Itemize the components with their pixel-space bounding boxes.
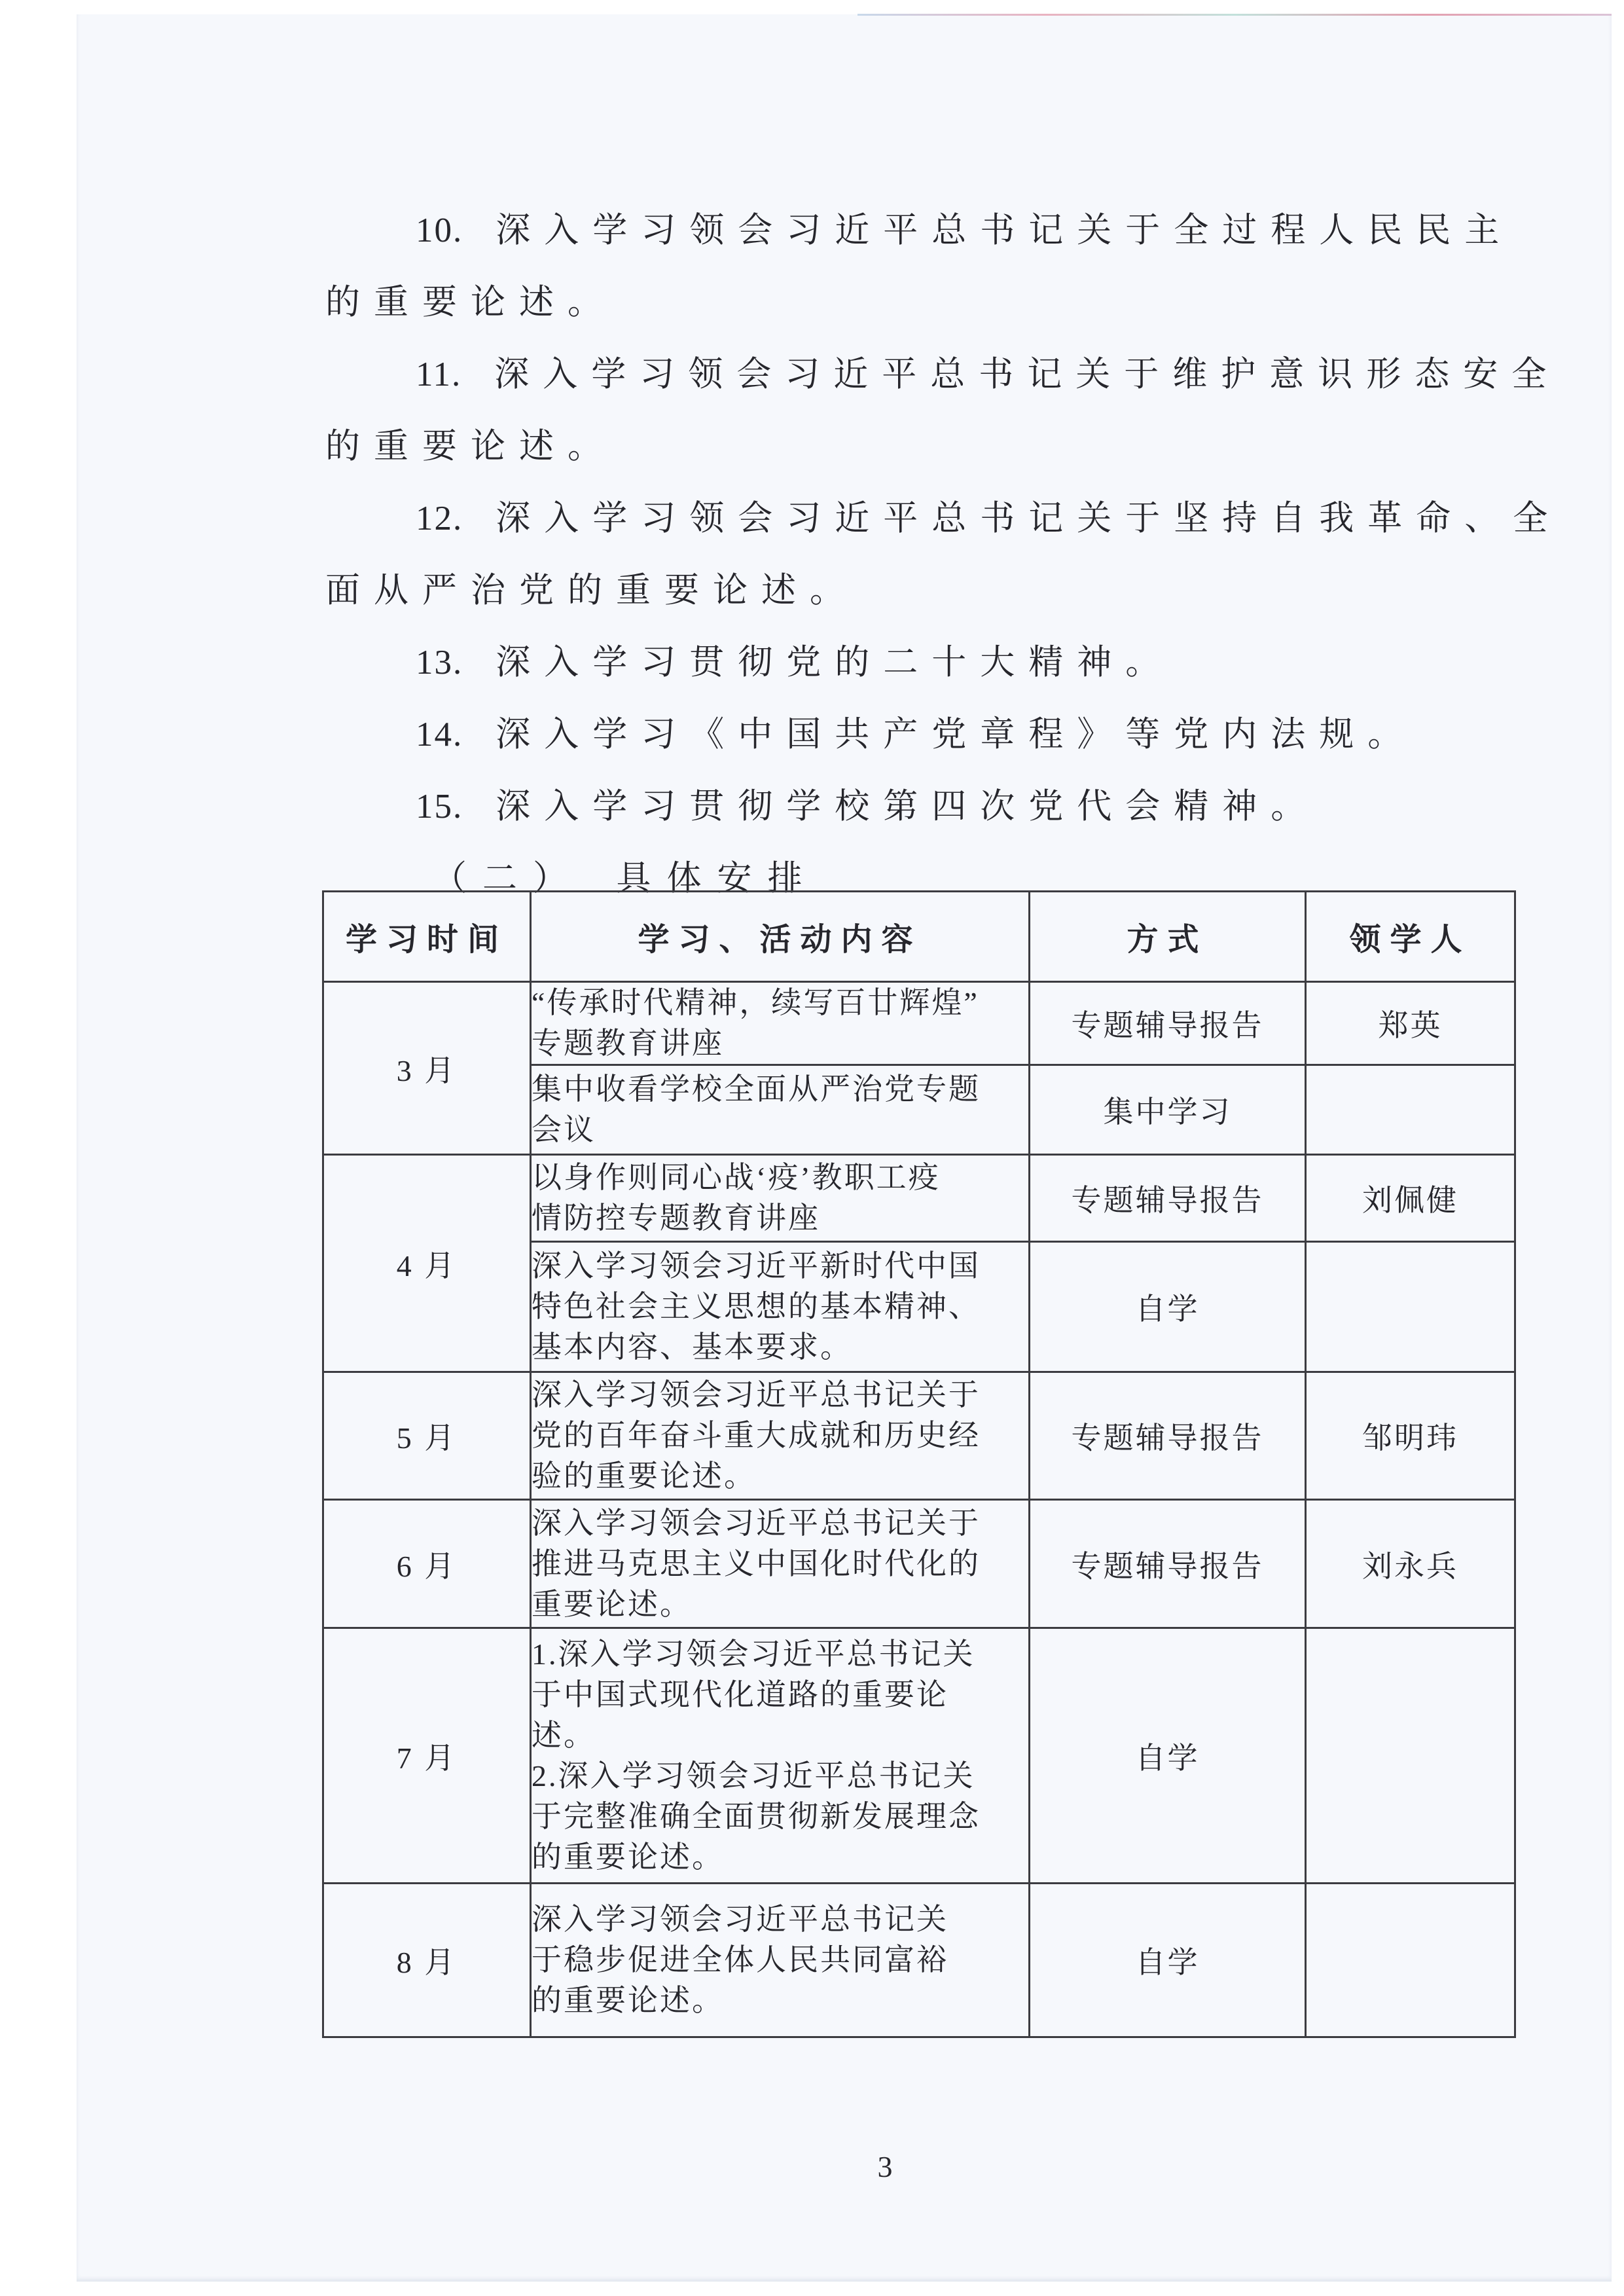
activity-line: 集中收看学校全面从严治党专题 bbox=[532, 1069, 1028, 1110]
method-cell: 自学 bbox=[1030, 1242, 1306, 1372]
method-cell: 集中学习 bbox=[1030, 1065, 1306, 1155]
leader-cell: 刘佩健 bbox=[1306, 1155, 1515, 1242]
activity-line: 于稳步促进全体人民共同富裕 bbox=[532, 1940, 1028, 1980]
month-cell: 8 月 bbox=[323, 1884, 531, 2037]
list-item-number: 13. bbox=[416, 627, 463, 699]
activity-line: 2.深入学习领会习近平总书记关 bbox=[532, 1756, 1028, 1796]
list-item-text: 深入学习领会习近平总书记关于全过程人民民主 bbox=[496, 211, 1513, 249]
leader-cell bbox=[1306, 1242, 1515, 1372]
col-header-leader: 领学人 bbox=[1306, 892, 1515, 982]
method-cell: 专题辅导报告 bbox=[1030, 1372, 1306, 1500]
list-item-text: 深入学习领会习近平总书记关于坚持自我革命、全 bbox=[496, 500, 1561, 538]
leader-cell bbox=[1306, 1065, 1515, 1155]
activity-line: 验的重要论述。 bbox=[532, 1456, 1028, 1497]
method-cell: 自学 bbox=[1030, 1884, 1306, 2037]
list-item-text: 深入学习《中国共产党章程》等党内法规。 bbox=[496, 716, 1416, 754]
method-cell: 自学 bbox=[1030, 1628, 1306, 1884]
schedule-table: 学习时间 学习、活动内容 方式 领学人 3 月 “传承时代精神，续写百廿辉煌” … bbox=[322, 890, 1516, 2038]
list-item-15-line-1: 15.深入学习贯彻学校第四次党代会精神。 bbox=[325, 771, 1514, 843]
activity-cell: 深入学习领会习近平新时代中国 特色社会主义思想的基本精神、 基本内容、基本要求。 bbox=[531, 1242, 1030, 1372]
leader-cell: 郑英 bbox=[1306, 982, 1515, 1065]
activity-line: “传承时代精神，续写百廿辉煌” bbox=[532, 983, 1028, 1023]
activity-line: 以身作则同心战‘疫’教职工疫 bbox=[532, 1157, 1028, 1198]
col-header-method: 方式 bbox=[1030, 892, 1306, 982]
method-cell: 专题辅导报告 bbox=[1030, 982, 1306, 1065]
list-item-number: 11. bbox=[416, 338, 461, 410]
activity-line: 党的百年奋斗重大成就和历史经 bbox=[532, 1415, 1028, 1456]
table-row: 4 月 以身作则同心战‘疫’教职工疫 情防控专题教育讲座 专题辅导报告 刘佩健 bbox=[323, 1155, 1515, 1242]
activity-line: 情防控专题教育讲座 bbox=[532, 1198, 1028, 1239]
list-item-number: 10. bbox=[416, 194, 463, 266]
table-header-row: 学习时间 学习、活动内容 方式 领学人 bbox=[323, 892, 1515, 982]
activity-line: 专题教育讲座 bbox=[532, 1023, 1028, 1064]
scanned-document-page: 10.深入学习领会习近平总书记关于全过程人民民主 的重要论述。 11.深入学习领… bbox=[0, 0, 1624, 2296]
list-item-11-line-1: 11.深入学习领会习近平总书记关于维护意识形态安全 bbox=[325, 338, 1514, 410]
activity-line: 述。 bbox=[532, 1715, 1028, 1756]
month-cell: 6 月 bbox=[323, 1500, 531, 1628]
list-item-13-line-1: 13.深入学习贯彻党的二十大精神。 bbox=[325, 627, 1514, 699]
activity-line: 1.深入学习领会习近平总书记关 bbox=[532, 1634, 1028, 1675]
list-item-12-line-2: 面从严治党的重要论述。 bbox=[325, 555, 1514, 627]
list-item-text: 深入学习领会习近平总书记关于维护意识形态安全 bbox=[494, 355, 1560, 393]
list-item-number: 15. bbox=[416, 771, 463, 843]
list-item-11-line-2: 的重要论述。 bbox=[325, 410, 1514, 483]
table-row: 5 月 深入学习领会习近平总书记关于 党的百年奋斗重大成就和历史经 验的重要论述… bbox=[323, 1372, 1515, 1500]
table-row: 8 月 深入学习领会习近平总书记关 于稳步促进全体人民共同富裕 的重要论述。 自… bbox=[323, 1884, 1515, 2037]
leader-cell bbox=[1306, 1884, 1515, 2037]
page-number: 3 bbox=[859, 2149, 911, 2184]
activity-cell: 1.深入学习领会习近平总书记关 于中国式现代化道路的重要论 述。 2.深入学习领… bbox=[531, 1628, 1030, 1884]
leader-cell: 邹明玮 bbox=[1306, 1372, 1515, 1500]
activity-line: 的重要论述。 bbox=[532, 1837, 1028, 1878]
method-cell: 专题辅导报告 bbox=[1030, 1500, 1306, 1628]
list-item-10-line-2: 的重要论述。 bbox=[325, 266, 1514, 338]
list-item-10-line-1: 10.深入学习领会习近平总书记关于全过程人民民主 bbox=[325, 194, 1514, 266]
leader-cell: 刘永兵 bbox=[1306, 1500, 1515, 1628]
activity-cell: 集中收看学校全面从严治党专题 会议 bbox=[531, 1065, 1030, 1155]
list-item-14-line-1: 14.深入学习《中国共产党章程》等党内法规。 bbox=[325, 699, 1514, 771]
month-cell: 5 月 bbox=[323, 1372, 531, 1500]
table-row: 3 月 “传承时代精神，续写百廿辉煌” 专题教育讲座 专题辅导报告 郑英 bbox=[323, 982, 1515, 1065]
activity-cell: “传承时代精神，续写百廿辉煌” 专题教育讲座 bbox=[531, 982, 1030, 1065]
col-header-study-time: 学习时间 bbox=[323, 892, 531, 982]
activity-cell: 深入学习领会习近平总书记关于 推进马克思主义中国化时代化的 重要论述。 bbox=[531, 1500, 1030, 1628]
list-item-number: 12. bbox=[416, 483, 463, 555]
intro-list: 10.深入学习领会习近平总书记关于全过程人民民主 的重要论述。 11.深入学习领… bbox=[325, 194, 1514, 915]
activity-line: 深入学习领会习近平总书记关于 bbox=[532, 1375, 1028, 1415]
activity-line: 重要论述。 bbox=[532, 1584, 1028, 1625]
col-header-activity: 学习、活动内容 bbox=[531, 892, 1030, 982]
activity-line: 推进马克思主义中国化时代化的 bbox=[532, 1544, 1028, 1584]
activity-line: 深入学习领会习近平总书记关于 bbox=[532, 1503, 1028, 1544]
activity-line: 基本内容、基本要求。 bbox=[532, 1327, 1028, 1368]
month-cell: 4 月 bbox=[323, 1155, 531, 1372]
activity-line: 会议 bbox=[532, 1110, 1028, 1150]
method-cell: 专题辅导报告 bbox=[1030, 1155, 1306, 1242]
month-cell: 7 月 bbox=[323, 1628, 531, 1884]
list-item-text: 深入学习贯彻党的二十大精神。 bbox=[496, 644, 1174, 682]
activity-line: 的重要论述。 bbox=[532, 1980, 1028, 2021]
scan-edge-artifact bbox=[857, 14, 1612, 16]
activity-cell: 深入学习领会习近平总书记关 于稳步促进全体人民共同富裕 的重要论述。 bbox=[531, 1884, 1030, 2037]
leader-cell bbox=[1306, 1628, 1515, 1884]
activity-cell: 以身作则同心战‘疫’教职工疫 情防控专题教育讲座 bbox=[531, 1155, 1030, 1242]
activity-line: 于中国式现代化道路的重要论 bbox=[532, 1675, 1028, 1715]
activity-line: 于完整准确全面贯彻新发展理念 bbox=[532, 1796, 1028, 1837]
table-row: 7 月 1.深入学习领会习近平总书记关 于中国式现代化道路的重要论 述。 2.深… bbox=[323, 1628, 1515, 1884]
activity-line: 深入学习领会习近平新时代中国 bbox=[532, 1246, 1028, 1286]
activity-line: 深入学习领会习近平总书记关 bbox=[532, 1899, 1028, 1940]
month-cell: 3 月 bbox=[323, 982, 531, 1155]
activity-cell: 深入学习领会习近平总书记关于 党的百年奋斗重大成就和历史经 验的重要论述。 bbox=[531, 1372, 1030, 1500]
activity-line: 特色社会主义思想的基本精神、 bbox=[532, 1286, 1028, 1327]
list-item-number: 14. bbox=[416, 699, 463, 771]
table-row: 6 月 深入学习领会习近平总书记关于 推进马克思主义中国化时代化的 重要论述。 … bbox=[323, 1500, 1515, 1628]
list-item-text: 深入学习贯彻学校第四次党代会精神。 bbox=[496, 788, 1319, 826]
list-item-12-line-1: 12.深入学习领会习近平总书记关于坚持自我革命、全 bbox=[325, 483, 1514, 555]
